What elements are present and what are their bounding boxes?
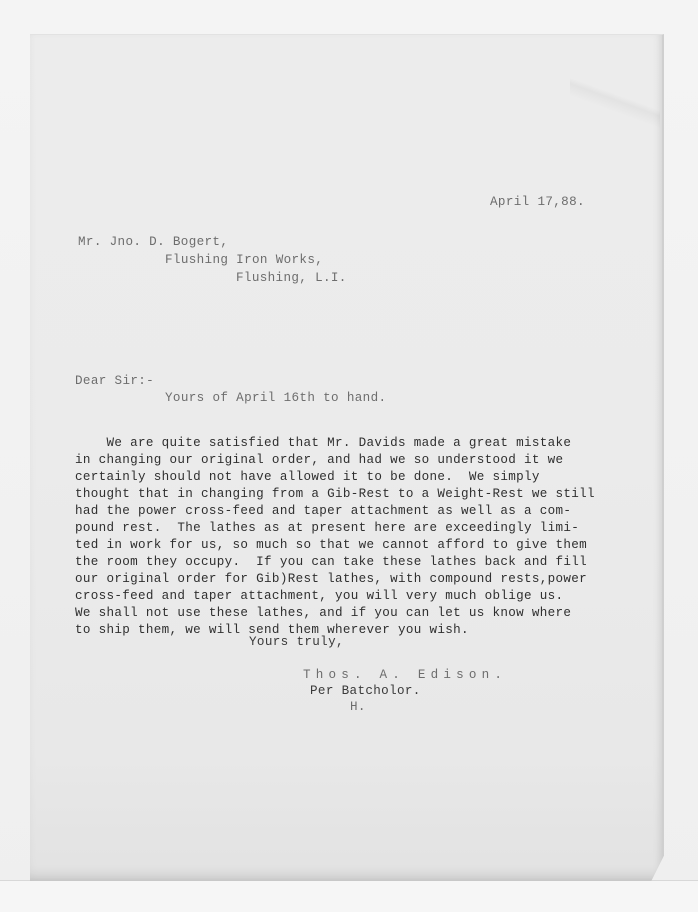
body-line: pound rest. The lathes as at present her… [75, 520, 579, 536]
closing: Yours truly, [249, 634, 344, 650]
page-fold [570, 55, 660, 145]
recipient-location: Flushing, L.I. [236, 270, 347, 286]
body-line: thought that in changing from a Gib-Rest… [75, 486, 595, 502]
recipient-name: Mr. Jno. D. Bogert, [78, 234, 228, 250]
per-line: Per Batcholor. [310, 683, 421, 699]
typist-initial: H. [350, 699, 366, 715]
body-line: the room they occupy. If you can take th… [75, 554, 587, 570]
body-line: in changing our original order, and had … [75, 452, 563, 468]
body-line: our original order for Gib)Rest lathes, … [75, 571, 587, 587]
body-line: certainly should not have allowed it to … [75, 469, 540, 485]
scanner-bed-strip [0, 880, 698, 912]
letter-date: April 17,88. [490, 194, 585, 210]
acknowledgement: Yours of April 16th to hand. [165, 390, 386, 406]
body-line: We are quite satisfied that Mr. Davids m… [75, 435, 571, 451]
body-line: ted in work for us, so much so that we c… [75, 537, 587, 553]
salutation: Dear Sir:- [75, 373, 154, 389]
body-line: cross-feed and taper attachment, you wil… [75, 588, 563, 604]
body-line: We shall not use these lathes, and if yo… [75, 605, 571, 621]
signature: Thos. A. Edison. [303, 667, 507, 683]
body-line: had the power cross-feed and taper attac… [75, 503, 571, 519]
recipient-company: Flushing Iron Works, [165, 252, 323, 268]
